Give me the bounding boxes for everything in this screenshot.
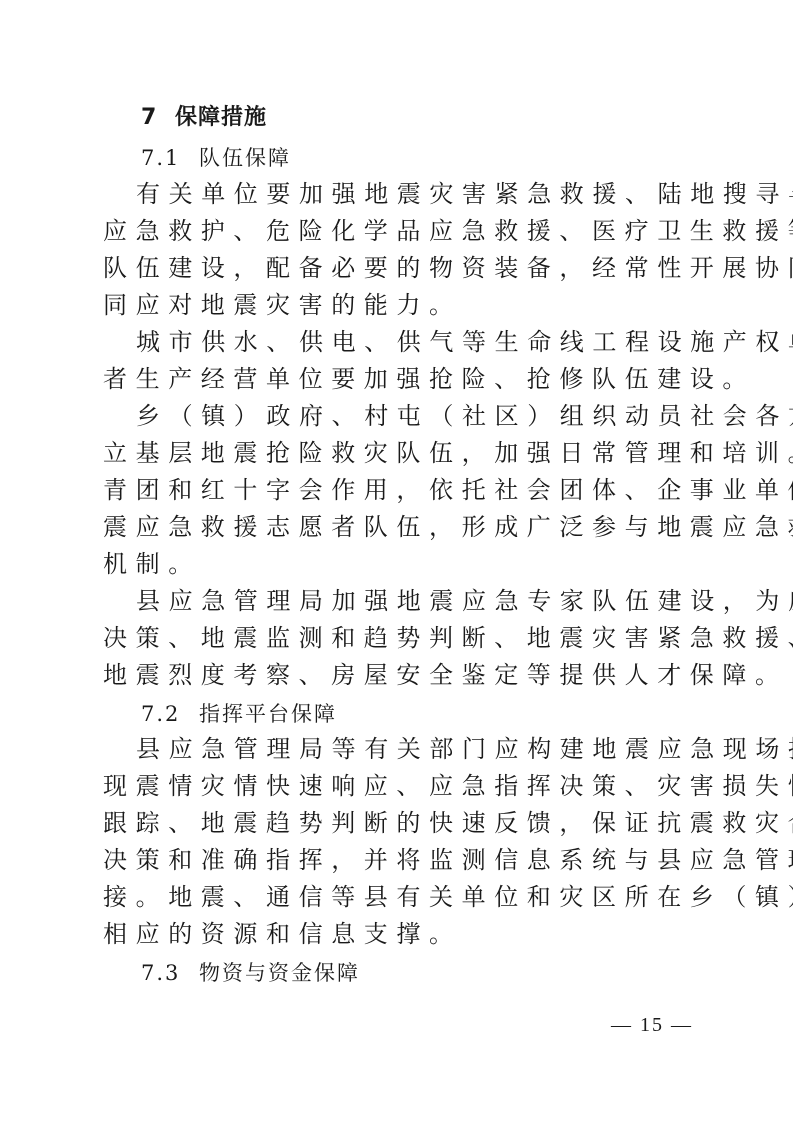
paragraph-line: 队伍建设，配备必要的物资装备，经常性开展协同演练，提高共 (103, 251, 793, 285)
paragraph-line: 决策、地震监测和趋势判断、地震灾害紧急救援、灾害损失评估、 (103, 621, 793, 655)
paragraph-line: 有关单位要加强地震灾害紧急救援、陆地搜寻与救护、矿山 (136, 177, 793, 211)
subsection-heading-7-1: 7.1队伍保障 (141, 141, 291, 175)
subsection-title: 物资与资金保障 (199, 961, 360, 985)
paragraph-line: 立基层地震抢险救灾队伍，加强日常管理和培训。要充分发挥共 (103, 436, 793, 470)
paragraph-line: 青团和红十字会作用，依托社会团体、企事业单位及社区建立地 (103, 473, 793, 507)
subsection-number: 7.2 (141, 697, 199, 731)
section-title: 保障措施 (175, 105, 267, 130)
subsection-number: 7.1 (141, 141, 199, 175)
paragraph-line: 震应急救援志愿者队伍，形成广泛参与地震应急救援的社会动员 (103, 510, 793, 544)
page-number: — 15 — (611, 1014, 693, 1037)
paragraph-line: 跟踪、地震趋势判断的快速反馈，保证抗震救灾合理调度、科学 (103, 806, 793, 840)
subsection-number: 7.3 (141, 956, 199, 990)
paragraph-line: 乡（镇）政府、村屯（社区）组织动员社会各方面力量，建 (136, 399, 793, 433)
section-number: 7 (141, 101, 175, 135)
paragraph-line: 城市供水、供电、供气等生命线工程设施产权单位、管理或 (136, 325, 793, 359)
subsection-heading-7-2: 7.2指挥平台保障 (141, 697, 337, 731)
paragraph-line: 机制。 (103, 547, 201, 581)
subsection-title: 队伍保障 (199, 146, 291, 170)
paragraph-line: 地震烈度考察、房屋安全鉴定等提供人才保障。 (103, 658, 788, 692)
paragraph-line: 相应的资源和信息支撑。 (103, 917, 462, 951)
section-heading: 7保障措施 (141, 101, 267, 135)
paragraph-line: 接。地震、通信等县有关单位和灾区所在乡（镇）政府负责提供 (103, 880, 793, 914)
paragraph-line: 应急救护、危险化学品应急救援、医疗卫生救援等专业抢险救灾 (103, 214, 793, 248)
subsection-heading-7-3: 7.3物资与资金保障 (141, 956, 360, 990)
paragraph-line: 决策和准确指挥，并将监测信息系统与县应急管理局指挥平台对 (103, 843, 793, 877)
paragraph-line: 者生产经营单位要加强抢险、抢修队伍建设。 (103, 362, 755, 396)
paragraph-line: 同应对地震灾害的能力。 (103, 288, 462, 322)
paragraph-line: 县应急管理局等有关部门应构建地震应急现场指挥平台，实 (136, 732, 793, 766)
paragraph-line: 县应急管理局加强地震应急专家队伍建设，为应急指挥辅助 (136, 584, 793, 618)
subsection-title: 指挥平台保障 (199, 702, 337, 726)
paragraph-line: 现震情灾情快速响应、应急指挥决策、灾害损失快速评估与动态 (103, 769, 793, 803)
